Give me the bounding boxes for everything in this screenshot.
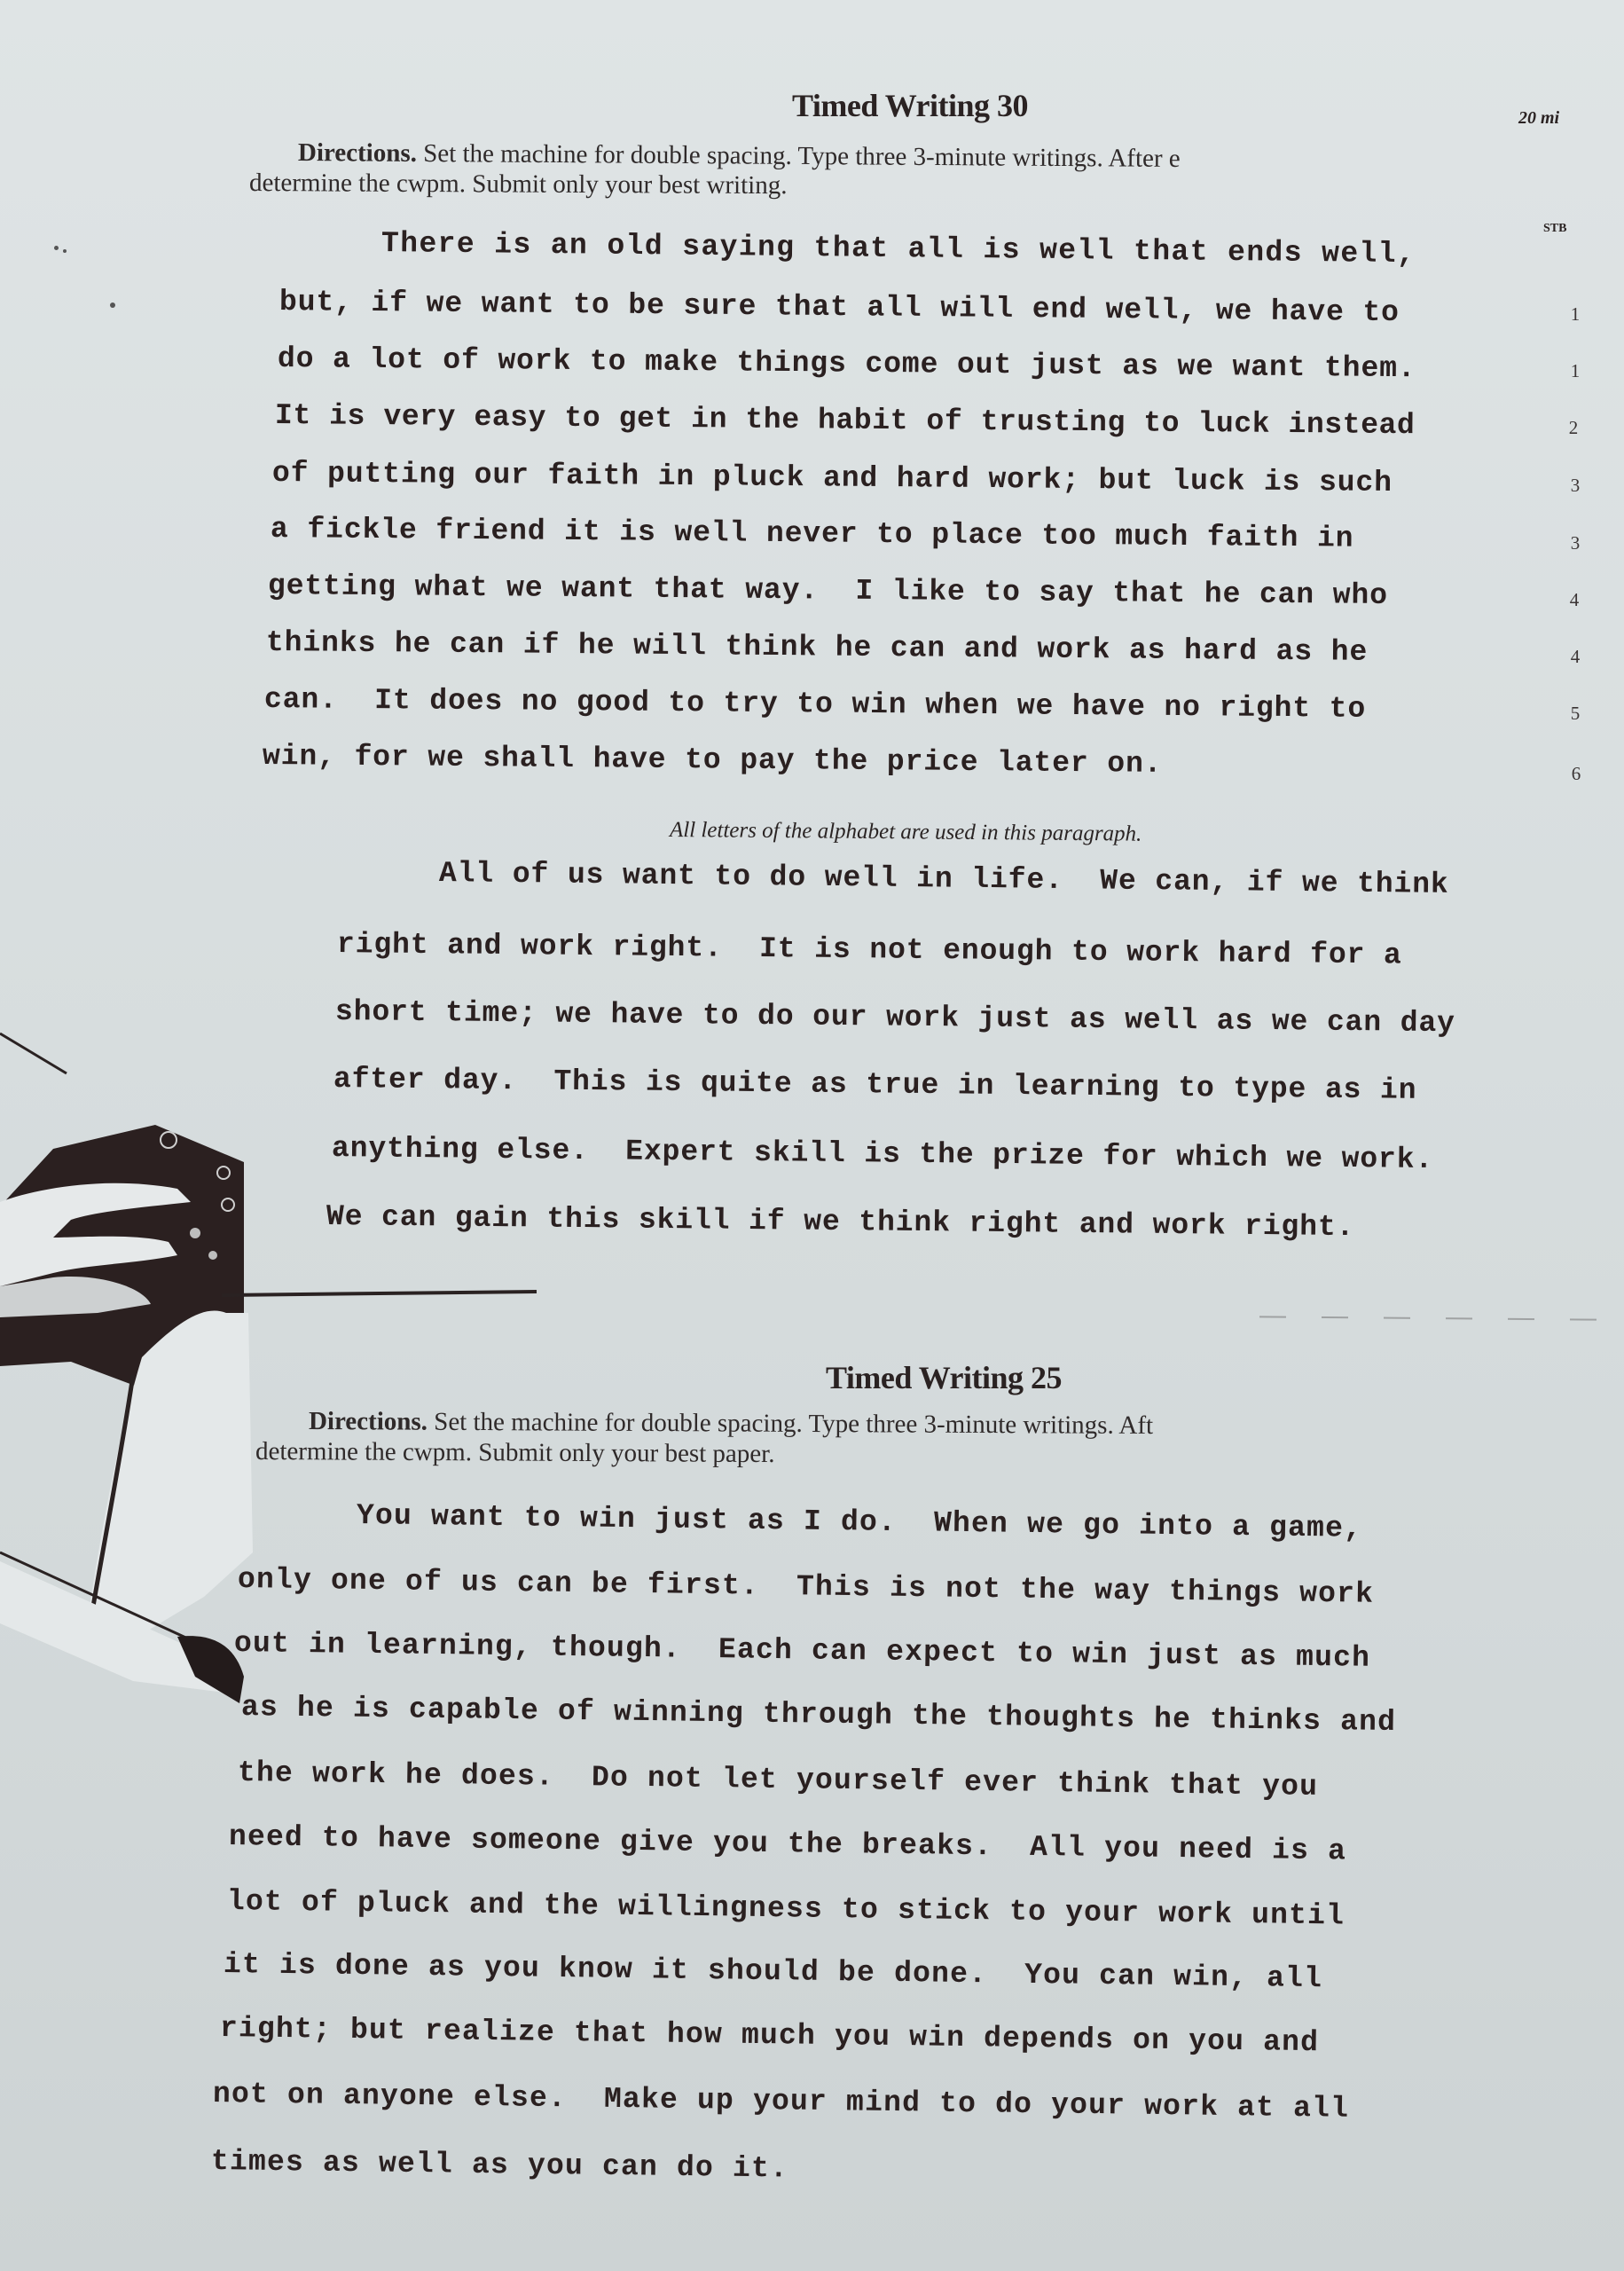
stroke-count: 4 xyxy=(1557,646,1593,668)
directions-text: Set the machine for double spacing. Type… xyxy=(417,139,1181,173)
typed-line: lot of pluck and the willingness to stic… xyxy=(227,1885,1345,1932)
typewriter-hands-icon xyxy=(0,1020,550,1712)
directions-line-1: Directions. Set the machine for double s… xyxy=(309,1409,1153,1438)
typed-line: it is done as you know it should be done… xyxy=(224,1948,1323,1995)
typed-line: the work he does. Do not let yourself ev… xyxy=(238,1756,1319,1803)
stroke-count: 2 xyxy=(1556,417,1591,439)
ink-speck xyxy=(63,249,67,253)
alphabet-note: All letters of the alphabet are used in … xyxy=(670,818,1142,847)
directions-line-2: determine the cwpm. Submit only your bes… xyxy=(249,170,788,198)
stb-label: STB xyxy=(1543,222,1566,236)
typed-line: times as well as you can do it. xyxy=(211,2145,789,2186)
typed-line: There is an old saying that all is well … xyxy=(381,227,1416,271)
typed-line: can. It does no good to try to win when … xyxy=(264,683,1366,726)
typed-line: of putting our faith in pluck and hard w… xyxy=(272,457,1393,499)
typed-line: getting what we want that way. I like to… xyxy=(268,570,1388,612)
stroke-count: 1 xyxy=(1557,303,1593,326)
hands-on-typewriter-illustration xyxy=(0,1020,550,1712)
directions-label: Directions. xyxy=(298,138,417,168)
stroke-count: 4 xyxy=(1557,589,1592,611)
directions-line-1: Directions. Set the machine for double s… xyxy=(298,140,1181,171)
directions-line-2: determine the cwpm. Submit only your bes… xyxy=(255,1439,775,1466)
typed-line: do a lot of work to make things come out… xyxy=(278,342,1416,385)
typed-line: All of us want to do well in life. We ca… xyxy=(439,857,1449,901)
typed-line: It is very easy to get in the habit of t… xyxy=(275,399,1416,442)
stroke-count: 5 xyxy=(1557,703,1593,725)
directions-label: Directions. xyxy=(309,1407,428,1436)
section-heading-timed-writing-25: Timed Writing 25 xyxy=(826,1359,1062,1396)
section-heading-timed-writing-30: Timed Writing 30 xyxy=(792,87,1028,124)
ink-speck xyxy=(54,246,59,250)
ink-speck xyxy=(110,303,115,308)
typed-line: a fickle friend it is well never to plac… xyxy=(271,513,1354,555)
time-label: 20 mi xyxy=(1518,108,1559,129)
typed-line: as he is capable of winning through the … xyxy=(241,1691,1397,1739)
typed-line: not on anyone else. Make up your mind to… xyxy=(213,2078,1350,2126)
stroke-count: 3 xyxy=(1557,475,1593,497)
typed-line: need to have someone give you the breaks… xyxy=(229,1820,1347,1867)
typed-line: win, for we shall have to pay the price … xyxy=(263,740,1163,781)
typed-line: right and work right. It is not enough t… xyxy=(337,928,1402,972)
typed-line: but, if we want to be sure that all will… xyxy=(279,286,1400,329)
divider-rule xyxy=(1259,1316,1597,1320)
directions-text: Set the machine for double spacing. Type… xyxy=(428,1408,1153,1440)
stroke-count: 3 xyxy=(1557,532,1593,554)
typed-line: right; but realize that how much you win… xyxy=(220,2012,1320,2059)
stroke-count: 6 xyxy=(1558,763,1594,785)
stroke-count: 1 xyxy=(1557,360,1593,382)
typed-line: thinks he can if he will think he can an… xyxy=(266,626,1368,669)
